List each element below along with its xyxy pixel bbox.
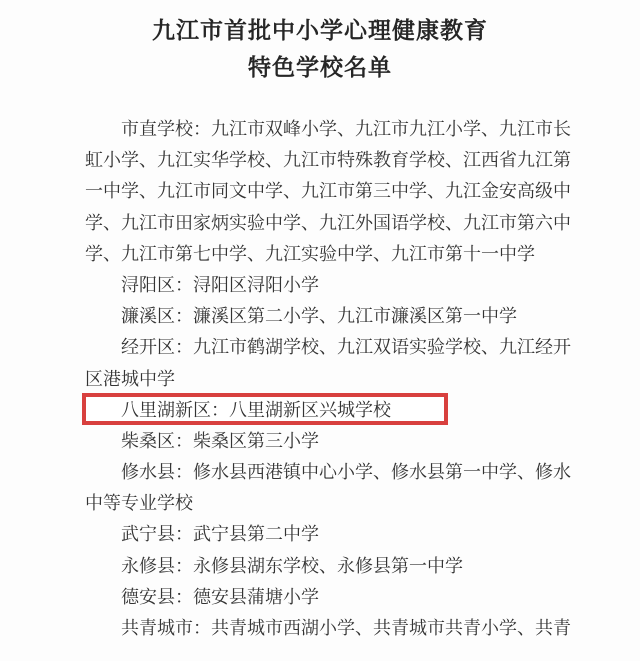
document-line-text: 学、九江市第七中学、九江实验中学、九江市第十一中学: [85, 244, 535, 264]
document-line-text: 濂溪区：濂溪区第二小学、九江市濂溪区第一中学: [121, 306, 517, 326]
page-title: 九江市首批中小学心理健康教育 特色学校名单: [0, 0, 640, 86]
document-line-text: 柴桑区：柴桑区第三小学: [121, 431, 319, 451]
school-list: 市直学校：九江市双峰小学、九江市九江小学、九江市长虹小学、九江实华学校、九江市特…: [0, 114, 640, 644]
document-line: 市直学校：九江市双峰小学、九江市九江小学、九江市长: [85, 114, 640, 145]
document-line: 学、九江市田家炳实验中学、九江外国语学校、九江市第六中: [85, 208, 640, 239]
document-line: 德安县：德安县蒲塘小学: [85, 582, 640, 613]
document-line-text: 学、九江市田家炳实验中学、九江外国语学校、九江市第六中: [85, 213, 571, 233]
document-line-text: 永修县：永修县湖东学校、永修县第一中学: [121, 556, 463, 576]
document-line: 共青城市：共青城市西湖小学、共青城市共青小学、共青: [85, 613, 640, 644]
document-line: 中等专业学校: [85, 488, 640, 519]
document-page: 九江市首批中小学心理健康教育 特色学校名单 市直学校：九江市双峰小学、九江市九江…: [0, 0, 640, 661]
document-line-text: 修水县：修水县西港镇中心小学、修水县第一中学、修水: [121, 462, 571, 482]
document-line-text: 武宁县：武宁县第二中学: [121, 524, 319, 544]
document-line: 学、九江市第七中学、九江实验中学、九江市第十一中学: [85, 239, 640, 270]
document-line: 武宁县：武宁县第二中学: [85, 519, 640, 550]
document-line: 浔阳区：浔阳区浔阳小学: [85, 270, 640, 301]
document-line-text: 市直学校：九江市双峰小学、九江市九江小学、九江市长: [121, 119, 571, 139]
document-line: 一中学、九江市同文中学、九江市第三中学、九江金安高级中: [85, 176, 640, 207]
document-line: 区港城中学: [85, 364, 640, 395]
document-line: 永修县：永修县湖东学校、永修县第一中学: [85, 551, 640, 582]
page-title-line-2: 特色学校名单: [0, 49, 640, 86]
document-line-text: 共青城市：共青城市西湖小学、共青城市共青小学、共青: [121, 618, 571, 638]
document-line: 修水县：修水县西港镇中心小学、修水县第一中学、修水: [85, 457, 640, 488]
document-line-text: 八里湖新区：八里湖新区兴城学校: [121, 400, 391, 420]
document-line: 虹小学、九江实华学校、九江市特殊教育学校、江西省九江第: [85, 145, 640, 176]
document-line-text: 经开区：九江市鹤湖学校、九江双语实验学校、九江经开: [121, 337, 571, 357]
page-title-line-1: 九江市首批中小学心理健康教育: [0, 12, 640, 49]
document-line-text: 一中学、九江市同文中学、九江市第三中学、九江金安高级中: [85, 181, 571, 201]
document-line-text: 虹小学、九江实华学校、九江市特殊教育学校、江西省九江第: [85, 150, 571, 170]
document-line-highlighted: 八里湖新区：八里湖新区兴城学校: [85, 395, 640, 426]
document-line: 经开区：九江市鹤湖学校、九江双语实验学校、九江经开: [85, 332, 640, 363]
document-line: 濂溪区：濂溪区第二小学、九江市濂溪区第一中学: [85, 301, 640, 332]
document-line-text: 浔阳区：浔阳区浔阳小学: [121, 275, 319, 295]
document-line-text: 区港城中学: [85, 369, 175, 389]
document-line-text: 德安县：德安县蒲塘小学: [121, 587, 319, 607]
document-line-text: 中等专业学校: [85, 493, 193, 513]
document-line: 柴桑区：柴桑区第三小学: [85, 426, 640, 457]
